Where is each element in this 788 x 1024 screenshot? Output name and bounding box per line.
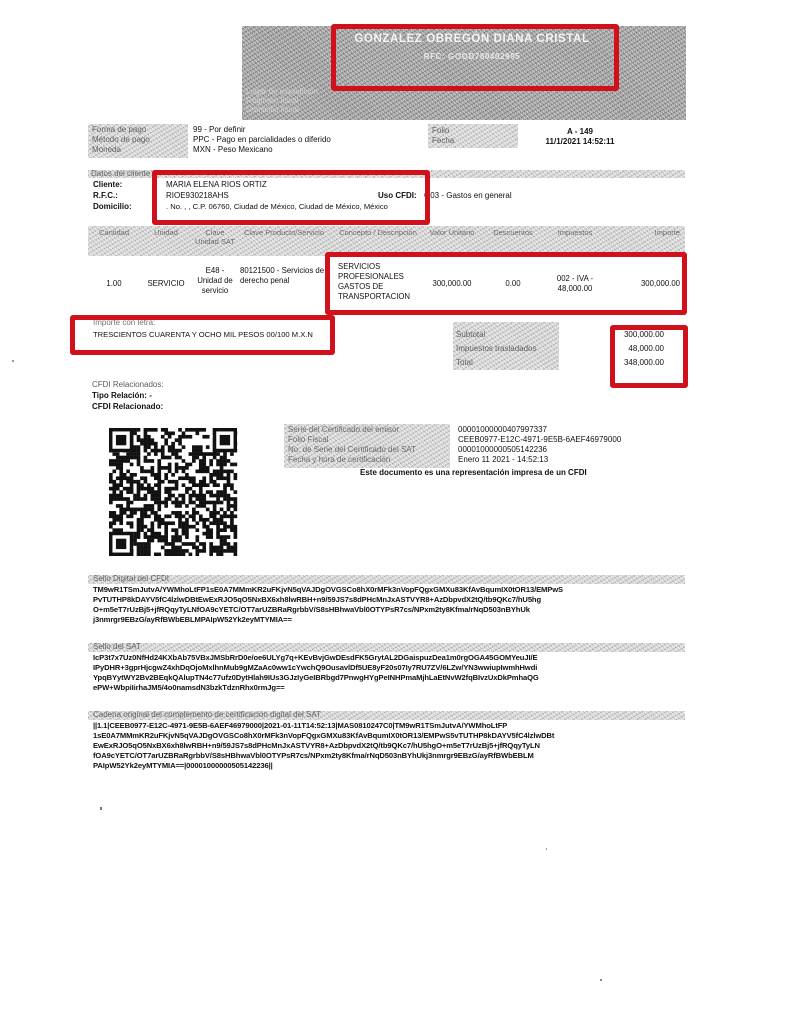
- table-cell-cantidad: 1.00: [92, 279, 136, 289]
- payment-form-value: 99 - Por definir: [193, 125, 245, 135]
- cert-emitter-value: 00001000000407997337: [458, 425, 547, 435]
- date-label: Fecha: [432, 136, 454, 146]
- table-header-cell: Cantidad: [92, 228, 136, 237]
- table-header-cell: Concepto / Descripción: [338, 228, 418, 237]
- table-header-cell: Impuestos: [540, 228, 610, 237]
- sello-sat-line: IPyDHR+3gprHjcgwZ4xhDqOjoMxlhnMub9gMZaAc…: [93, 663, 688, 673]
- sello-cfdi-text: TM9wR1TSmJutvA/YWMhoLtFP1sE0A7MMmKR2uFKj…: [93, 585, 688, 625]
- highlight-amount-words: [70, 315, 335, 355]
- sello-cfdi-line: PvTUTHP8kDAYV5fC4lzlwDBtEwExRJO5qO5NxBX6…: [93, 595, 688, 605]
- cadena-original-text: ||1.1|CEEB0977-E12C-4971-9E5B-6AEF469790…: [93, 721, 688, 771]
- table-header-cell: Valor Unitario: [420, 228, 484, 237]
- cfdi-notice: Este documento es una representación imp…: [360, 468, 587, 478]
- scan-speck: [600, 979, 602, 981]
- sat-cert-label: No. de Serie del Certificado del SAT: [288, 445, 416, 455]
- sello-cfdi-band: [88, 575, 685, 584]
- currency-label: Moneda: [92, 145, 121, 155]
- related-cfdi: CFDI Relacionado:: [92, 402, 163, 412]
- table-cell-unidad: SERVICIO: [140, 279, 192, 289]
- client-name-label: Cliente:: [93, 180, 122, 190]
- scan-speck: [546, 848, 547, 850]
- table-cell-clave-unidad: E48 - Unidad de servicio: [193, 266, 237, 296]
- related-type: Tipo Relación: -: [92, 391, 152, 401]
- currency-value: MXN - Peso Mexicano: [193, 145, 273, 155]
- cert-emitter-label: Serie del Certificado del emisor: [288, 425, 399, 435]
- cadena-line: fOA9cYETC/OT7arUZBRaRgrbbV/S8sHBhwaVbl0O…: [93, 751, 688, 761]
- client-section-label: Datos del cliente: [91, 169, 150, 179]
- date-value: 11/1/2021 14:52:11: [540, 137, 620, 147]
- client-address-label: Domicilio:: [93, 202, 132, 212]
- highlight-description: [325, 252, 687, 315]
- cert-date-value: Enero 11 2021 - 14:52:13: [458, 455, 548, 465]
- fiscal-folio-label: Folio Fiscal: [288, 435, 328, 445]
- sello-sat-band: [88, 643, 685, 652]
- table-header-cell: Clave Producto/Servicio: [240, 228, 328, 237]
- table-header-cell: Unidad: [140, 228, 192, 237]
- sello-sat-label: Sello del SAT: [93, 642, 141, 652]
- table-header-cell: Descuentos: [488, 228, 538, 237]
- sello-sat-line: ePW+WbpiIirhaJM5/4o0namsdN3bzkTdznRhx0rm…: [93, 683, 688, 693]
- taxes-label: Impuestos trasladados: [456, 344, 537, 354]
- related-section-label: CFDI Relacionados:: [92, 380, 164, 390]
- sello-sat-line: YpqBYytWY2Bv2BEqkQAlupTN4c77ufz0DytHlah9…: [93, 673, 688, 683]
- total-label: Total: [456, 358, 473, 368]
- payment-form-label: Forma de pago: [92, 125, 146, 135]
- folio-label: Folio: [432, 126, 449, 136]
- folio-value: A - 149: [540, 127, 620, 137]
- sello-cfdi-line: TM9wR1TSmJutvA/YWMhoLtFP1sE0A7MMmKR2uFKj…: [93, 585, 688, 595]
- scan-speck: [100, 807, 102, 810]
- qr-code: [108, 428, 238, 556]
- highlight-issuer: [331, 24, 619, 91]
- cadena-line: EwExRJO5qO5NxBX6xh8lwRBH+n9/59JS7s8dPHcM…: [93, 741, 688, 751]
- sello-sat-line: IcP3t7x7Uz0NfHd24KXbAb75VBxJMSbRrD0e/oe6…: [93, 653, 688, 663]
- sello-sat-text: IcP3t7x7Uz0NfHd24KXbAb75VBxJMSbRrD0e/oe6…: [93, 653, 688, 693]
- subtotal-label: Subtotal: [456, 330, 485, 340]
- table-header-cell: Clave Unidad SAT: [193, 228, 237, 246]
- sello-cfdi-line: j3nmrgr9EBzG/ayRfBWbEBLMPAIpW52Yk2eyMTYM…: [93, 615, 688, 625]
- sello-cfdi-label: Sello Digital del CFDI: [93, 574, 169, 584]
- payment-method-label: Método de pago: [92, 135, 150, 145]
- fiscal-folio-value: CEEB0977-E12C-4971-9E5B-6AEF46979000: [458, 435, 621, 445]
- sello-cfdi-line: O+m5eT7rUzBj5+jfRQqyTyLNfOA9cYETC/OT7arU…: [93, 605, 688, 615]
- client-rfc-label: R.F.C.:: [93, 191, 118, 201]
- uso-cfdi-value: G03 - Gastos en general: [424, 191, 512, 201]
- issuer-detail-3: Domicilio fiscal: [246, 105, 299, 115]
- cadena-line: ||1.1|CEEB0977-E12C-4971-9E5B-6AEF469790…: [93, 721, 688, 731]
- cadena-original-label: Cadena original del complemento de certi…: [93, 710, 321, 720]
- payment-method-value: PPC - Pago en parcialidades o diferido: [193, 135, 331, 145]
- table-cell-clave-producto: 80121500 - Servicios de derecho penal: [240, 266, 328, 286]
- cadena-line: 1sE0A7MMmKR2uFKjvN5qVAJDgOVGSCo8hX0rMFk3…: [93, 731, 688, 741]
- cadena-line: PAIpW52Yk2eyMTYMIA==|0000100000050514223…: [93, 761, 688, 771]
- highlight-client: [152, 170, 430, 225]
- table-header-cell: Importe: [612, 228, 680, 237]
- scan-speck: [12, 360, 14, 362]
- cert-date-label: Fecha y hora de certificación: [288, 455, 390, 465]
- highlight-totals: [610, 325, 688, 388]
- sat-cert-value: 00001000000505142236: [458, 445, 547, 455]
